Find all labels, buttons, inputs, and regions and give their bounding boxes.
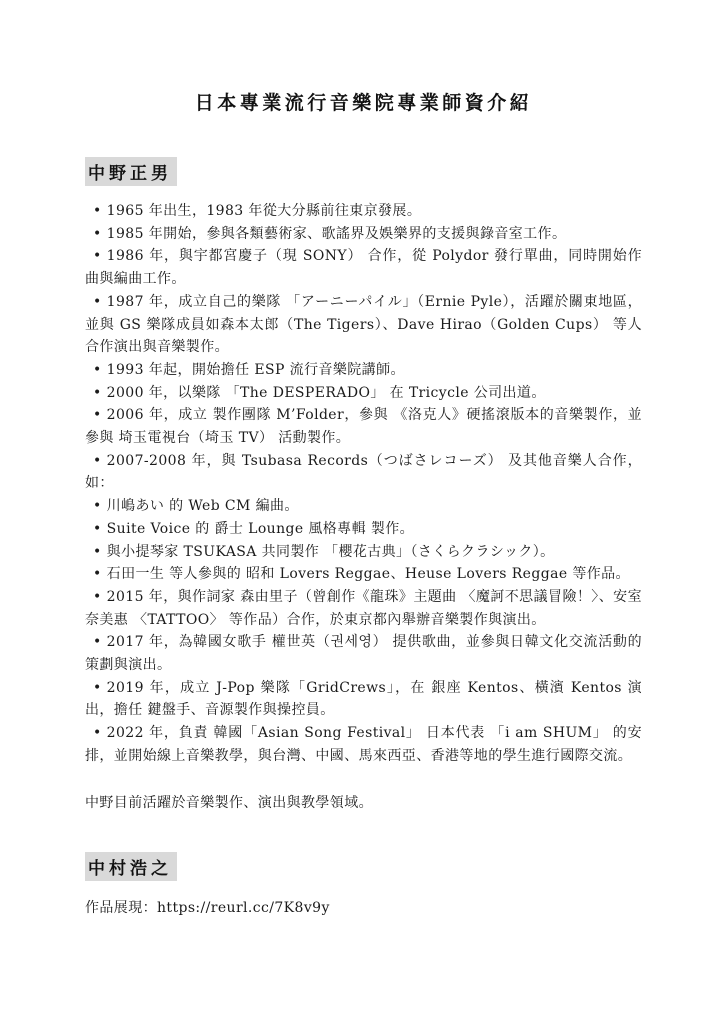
bio-bullet-item: 2006 年，成立 製作團隊 M’Folder，參與 《洛克人》硬搖滾版本的音樂…	[85, 404, 642, 449]
bio-bullet-item: 2019 年，成立 J-Pop 樂隊「GridCrews」，在 銀座 Kento…	[85, 677, 642, 722]
bio-bullet-item: 2007-2008 年，與 Tsubasa Records（つばさレコーズ） 及…	[85, 450, 642, 495]
bio-bullet-list: 1965 年出生，1983 年從大分縣前往東京發展。1985 年開始，參與各類藝…	[85, 200, 642, 768]
bio-bullet-item: 石田一生 等人參與的 昭和 Lovers Reggae、Heuse Lovers…	[85, 563, 642, 586]
bio-bullet-item: 1986 年，與宇都宮慶子（現 SONY） 合作，從 Polydor 發行單曲，…	[85, 245, 642, 290]
bio-bullet-item: 1993 年起，開始擔任 ESP 流行音樂院講師。	[85, 359, 642, 382]
instructor-section-nakamura: 中村浩之 作品展現：https://reurl.cc/7K8v9y	[85, 852, 642, 920]
portfolio-label: 作品展現：	[85, 900, 157, 916]
instructor-name-heading: 中野正男	[85, 157, 177, 186]
bio-bullet-item: 1965 年出生，1983 年從大分縣前往東京發展。	[85, 200, 642, 223]
bio-bullet-item: 2000 年，以樂隊 「The DESPERADO」 在 Tricycle 公司…	[85, 382, 642, 405]
page-title: 日本專業流行音樂院專業師資介紹	[85, 88, 642, 115]
bio-bullet-item: 2022 年，負責 韓國「Asian Song Festival」 日本代表 「…	[85, 722, 642, 767]
bio-bullet-item: Suite Voice 的 爵士 Lounge 風格專輯 製作。	[85, 518, 642, 541]
portfolio-line: 作品展現：https://reurl.cc/7K8v9y	[85, 897, 642, 920]
document-page: 日本專業流行音樂院專業師資介紹 中野正男 1965 年出生，1983 年從大分縣…	[0, 0, 724, 1024]
bio-bullet-item: 1985 年開始，參與各類藝術家、歌謠界及娛樂界的支援與錄音室工作。	[85, 223, 642, 246]
instructor-section-nakano: 中野正男 1965 年出生，1983 年從大分縣前往東京發展。1985 年開始，…	[85, 157, 642, 814]
bio-bullet-item: 川嶋あい 的 Web CM 編曲。	[85, 495, 642, 518]
bio-bullet-item: 與小提琴家 TSUKASA 共同製作 「櫻花古典」（さくらクラシック）。	[85, 541, 642, 564]
bio-bullet-item: 2015 年，與作詞家 森由里子（曾創作《龍珠》主題曲 〈魔訶不思議冒險！〉、安…	[85, 586, 642, 631]
closing-paragraph: 中野目前活躍於音樂製作、演出與教學領域。	[85, 792, 642, 815]
portfolio-url-link[interactable]: https://reurl.cc/7K8v9y	[157, 900, 330, 916]
bio-bullet-item: 1987 年，成立自己的樂隊 「アーニーパイル」（Ernie Pyle），活躍於…	[85, 291, 642, 359]
instructor-name-heading: 中村浩之	[85, 852, 177, 881]
bio-bullet-item: 2017 年，為韓國女歌手 權世英（권세영） 提供歌曲，並參與日韓文化交流活動的…	[85, 631, 642, 676]
